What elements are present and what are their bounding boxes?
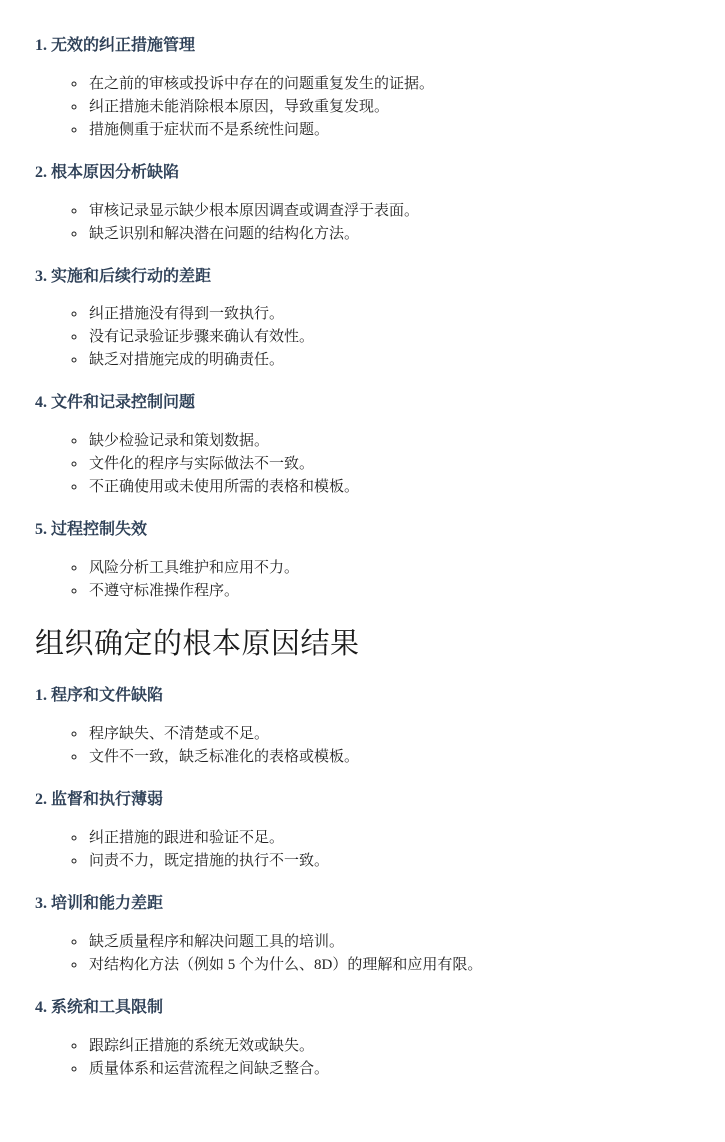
bullet-item: 审核记录显示缺少根本原因调查或调查浮于表面。	[87, 200, 691, 223]
root-cause-group: 3. 培训和能力差距 缺乏质量程序和解决问题工具的培训。 对结构化方法（例如 5…	[35, 894, 691, 977]
bullet-item: 缺乏识别和解决潜在问题的结构化方法。	[87, 223, 691, 246]
bullet-list: 风险分析工具维护和应用不力。 不遵守标准操作程序。	[35, 557, 691, 603]
bullet-list: 程序缺失、不清楚或不足。 文件不一致，缺乏标准化的表格或模板。	[35, 723, 691, 769]
bullet-item: 缺乏对措施完成的明确责任。	[87, 349, 691, 372]
root-cause-group: 2. 监督和执行薄弱 纠正措施的跟进和验证不足。 问责不力，既定措施的执行不一致…	[35, 790, 691, 873]
finding-subheading: 2. 根本原因分析缺陷	[35, 163, 691, 184]
finding-group: 1. 无效的纠正措施管理 在之前的审核或投诉中存在的问题重复发生的证据。 纠正措…	[35, 36, 691, 142]
bullet-item: 文件化的程序与实际做法不一致。	[87, 453, 691, 476]
root-cause-subheading: 1. 程序和文件缺陷	[35, 686, 691, 707]
root-cause-group: 4. 系统和工具限制 跟踪纠正措施的系统无效或缺失。 质量体系和运营流程之间缺乏…	[35, 998, 691, 1081]
root-cause-subheading: 3. 培训和能力差距	[35, 894, 691, 915]
bullet-item: 在之前的审核或投诉中存在的问题重复发生的证据。	[87, 73, 691, 96]
main-heading: 组织确定的根本原因结果	[35, 628, 691, 661]
finding-subheading: 1. 无效的纠正措施管理	[35, 36, 691, 57]
finding-subheading: 4. 文件和记录控制问题	[35, 393, 691, 414]
finding-subheading: 5. 过程控制失效	[35, 520, 691, 541]
bullet-item: 问责不力，既定措施的执行不一致。	[87, 850, 691, 873]
bullet-list: 缺乏质量程序和解决问题工具的培训。 对结构化方法（例如 5 个为什么、8D）的理…	[35, 931, 691, 977]
bullet-list: 跟踪纠正措施的系统无效或缺失。 质量体系和运营流程之间缺乏整合。	[35, 1035, 691, 1081]
root-cause-group: 1. 程序和文件缺陷 程序缺失、不清楚或不足。 文件不一致，缺乏标准化的表格或模…	[35, 686, 691, 769]
bullet-list: 纠正措施的跟进和验证不足。 问责不力，既定措施的执行不一致。	[35, 827, 691, 873]
finding-group: 3. 实施和后续行动的差距 纠正措施没有得到一致执行。 没有记录验证步骤来确认有…	[35, 267, 691, 373]
bullet-item: 纠正措施未能消除根本原因，导致重复发现。	[87, 96, 691, 119]
bullet-item: 程序缺失、不清楚或不足。	[87, 723, 691, 746]
bullet-item: 风险分析工具维护和应用不力。	[87, 557, 691, 580]
section-root-causes: 1. 程序和文件缺陷 程序缺失、不清楚或不足。 文件不一致，缺乏标准化的表格或模…	[35, 686, 691, 1080]
bullet-item: 纠正措施没有得到一致执行。	[87, 303, 691, 326]
finding-group: 2. 根本原因分析缺陷 审核记录显示缺少根本原因调查或调查浮于表面。 缺乏识别和…	[35, 163, 691, 246]
finding-group: 4. 文件和记录控制问题 缺少检验记录和策划数据。 文件化的程序与实际做法不一致…	[35, 393, 691, 499]
root-cause-subheading: 4. 系统和工具限制	[35, 998, 691, 1019]
bullet-item: 没有记录验证步骤来确认有效性。	[87, 326, 691, 349]
root-cause-subheading: 2. 监督和执行薄弱	[35, 790, 691, 811]
bullet-item: 缺少检验记录和策划数据。	[87, 430, 691, 453]
bullet-list: 纠正措施没有得到一致执行。 没有记录验证步骤来确认有效性。 缺乏对措施完成的明确…	[35, 303, 691, 372]
document-page: 1. 无效的纠正措施管理 在之前的审核或投诉中存在的问题重复发生的证据。 纠正措…	[0, 0, 725, 1142]
bullet-item: 跟踪纠正措施的系统无效或缺失。	[87, 1035, 691, 1058]
bullet-list: 在之前的审核或投诉中存在的问题重复发生的证据。 纠正措施未能消除根本原因，导致重…	[35, 73, 691, 142]
bullet-item: 不遵守标准操作程序。	[87, 580, 691, 603]
finding-group: 5. 过程控制失效 风险分析工具维护和应用不力。 不遵守标准操作程序。	[35, 520, 691, 603]
bullet-item: 缺乏质量程序和解决问题工具的培训。	[87, 931, 691, 954]
bullet-item: 文件不一致，缺乏标准化的表格或模板。	[87, 746, 691, 769]
bullet-item: 纠正措施的跟进和验证不足。	[87, 827, 691, 850]
bullet-list: 缺少检验记录和策划数据。 文件化的程序与实际做法不一致。 不正确使用或未使用所需…	[35, 430, 691, 499]
section-findings: 1. 无效的纠正措施管理 在之前的审核或投诉中存在的问题重复发生的证据。 纠正措…	[35, 36, 691, 603]
bullet-item: 对结构化方法（例如 5 个为什么、8D）的理解和应用有限。	[87, 954, 691, 977]
bullet-list: 审核记录显示缺少根本原因调查或调查浮于表面。 缺乏识别和解决潜在问题的结构化方法…	[35, 200, 691, 246]
bullet-item: 质量体系和运营流程之间缺乏整合。	[87, 1058, 691, 1081]
bullet-item: 措施侧重于症状而不是系统性问题。	[87, 119, 691, 142]
finding-subheading: 3. 实施和后续行动的差距	[35, 267, 691, 288]
bullet-item: 不正确使用或未使用所需的表格和模板。	[87, 476, 691, 499]
